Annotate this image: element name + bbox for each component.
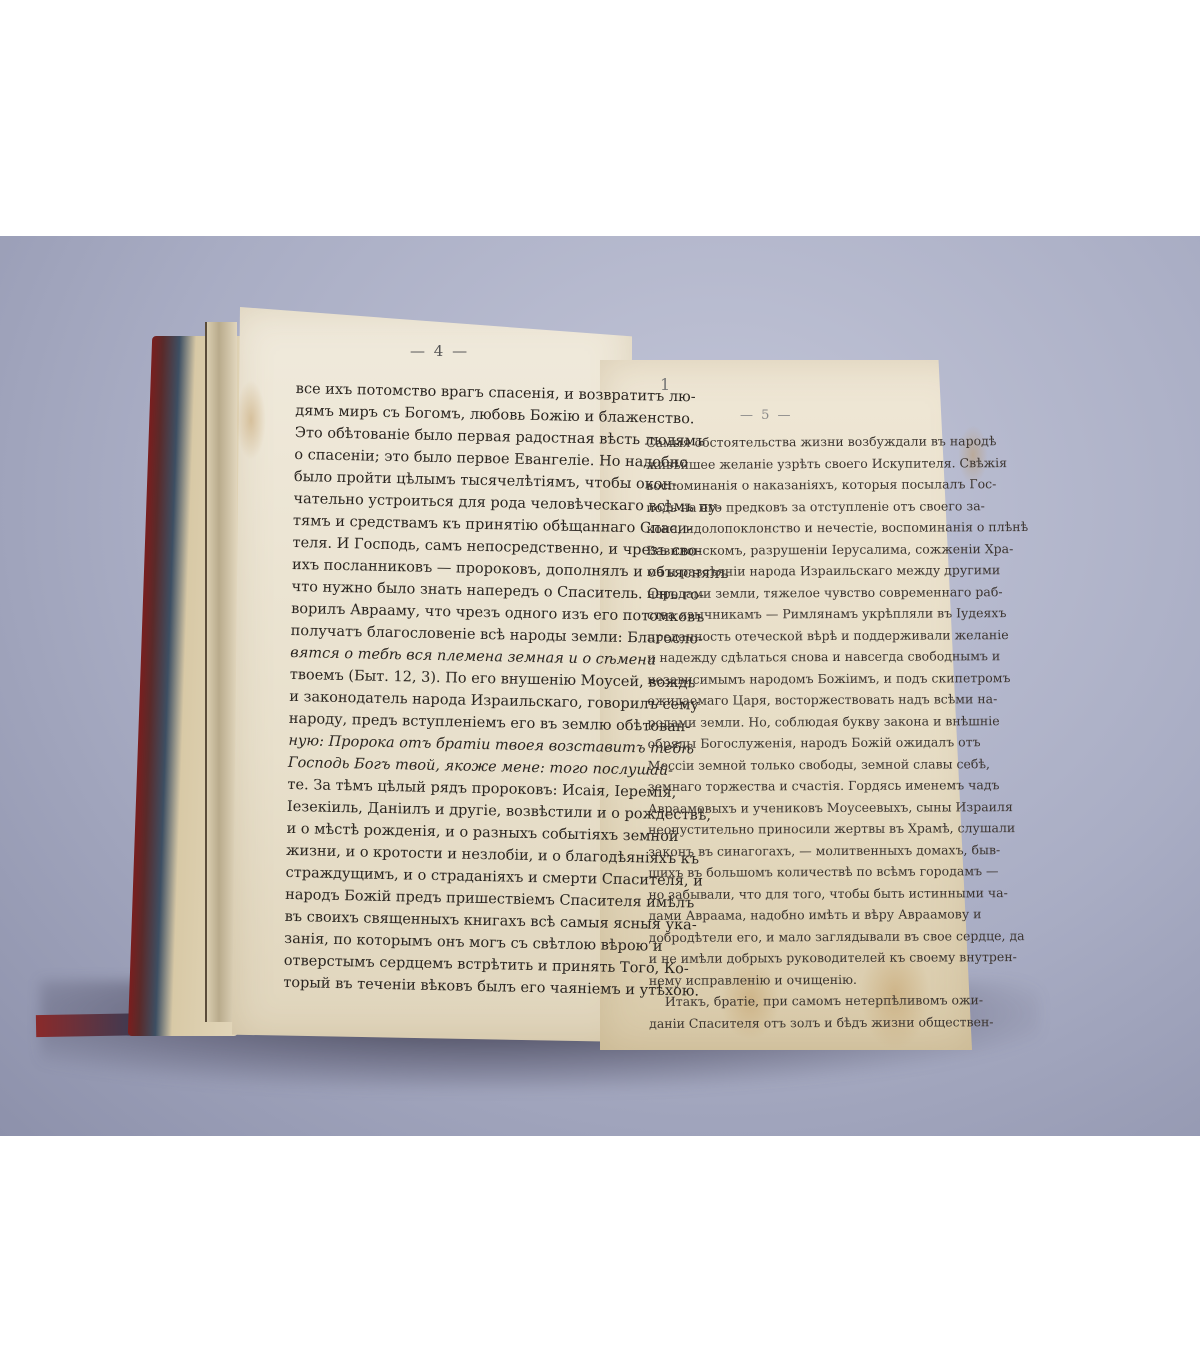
text-line: ства язычникамъ — Римлянамъ укрѣпляли въ… bbox=[647, 602, 1029, 625]
text-line: обряды Богослуженія, народъ Божій ожидал… bbox=[648, 731, 1030, 754]
page-stack-edges bbox=[205, 322, 237, 1022]
text-line: Вавилонскомъ, разрушеніи Іерусалима, сож… bbox=[647, 538, 1029, 561]
text-line: дами Авраама, надобно имѣть и вѣру Авраа… bbox=[648, 903, 1030, 926]
text-line: преданность отеческой вѣрѣ и поддерживал… bbox=[647, 623, 1029, 646]
text-line: законъ въ синагогахъ, — молитвенныхъ дом… bbox=[648, 838, 1030, 861]
text-line: народами земли, тяжелое чувство современ… bbox=[647, 580, 1029, 603]
left-page-number: — 4 — bbox=[410, 342, 469, 360]
text-line: Самыя обстоятельства жизни возбуждали въ… bbox=[646, 430, 1028, 453]
text-line: нему исправленію и очищенію. bbox=[649, 967, 1031, 990]
text-line: воспоминанія о наказаніяхъ, которыя посы… bbox=[646, 473, 1028, 496]
right-page-text: Самыя обстоятельства жизни возбуждали въ… bbox=[646, 430, 1031, 1034]
text-line: даніи Спасителя отъ золъ и бѣдъ жизни об… bbox=[649, 1010, 1031, 1033]
text-line: подь на его предковъ за отступленіе отъ … bbox=[646, 495, 1028, 518]
text-line: добродѣтели его, и мало заглядывали въ с… bbox=[649, 924, 1031, 947]
text-line: Авраамовыхъ и учениковъ Моусеевыхъ, сыны… bbox=[648, 795, 1030, 818]
text-line: и не имѣли добрыхъ руководителей къ свое… bbox=[649, 946, 1031, 969]
text-line: земнаго торжества и счастія. Гордясь име… bbox=[648, 774, 1030, 797]
text-line: независимымъ народомъ Божіимъ, и подъ ск… bbox=[647, 666, 1029, 689]
text-line: живѣйшее желаніе узрѣть своего Искупител… bbox=[646, 452, 1028, 475]
text-line: но забывали, что для того, чтобы быть ис… bbox=[648, 881, 1030, 904]
text-line: шихъ въ большомъ количествѣ по всѣмъ гор… bbox=[648, 860, 1030, 883]
text-line: ожидаемаго Царя, восторжествовать надъ в… bbox=[647, 688, 1029, 711]
text-line: родами земли. Но, соблюдая букву закона … bbox=[647, 709, 1029, 732]
text-line: ма и разсѣяніи народа Израильскаго между… bbox=[647, 559, 1029, 582]
text-line: и надежду сдѣлаться снова и навсегда сво… bbox=[647, 645, 1029, 668]
text-line: Мессіи земной только свободы, земной сла… bbox=[648, 752, 1030, 775]
text-line: неопустительно приносили жертвы въ Храмѣ… bbox=[648, 817, 1030, 840]
text-line: кона, идолопоклонство и нечестіе, воспом… bbox=[646, 516, 1028, 539]
text-line: Итакъ, братіе, при самомъ нетерпѣливомъ … bbox=[649, 989, 1031, 1012]
left-page-stain bbox=[236, 380, 266, 460]
right-page-number: — 5 — bbox=[740, 408, 793, 423]
